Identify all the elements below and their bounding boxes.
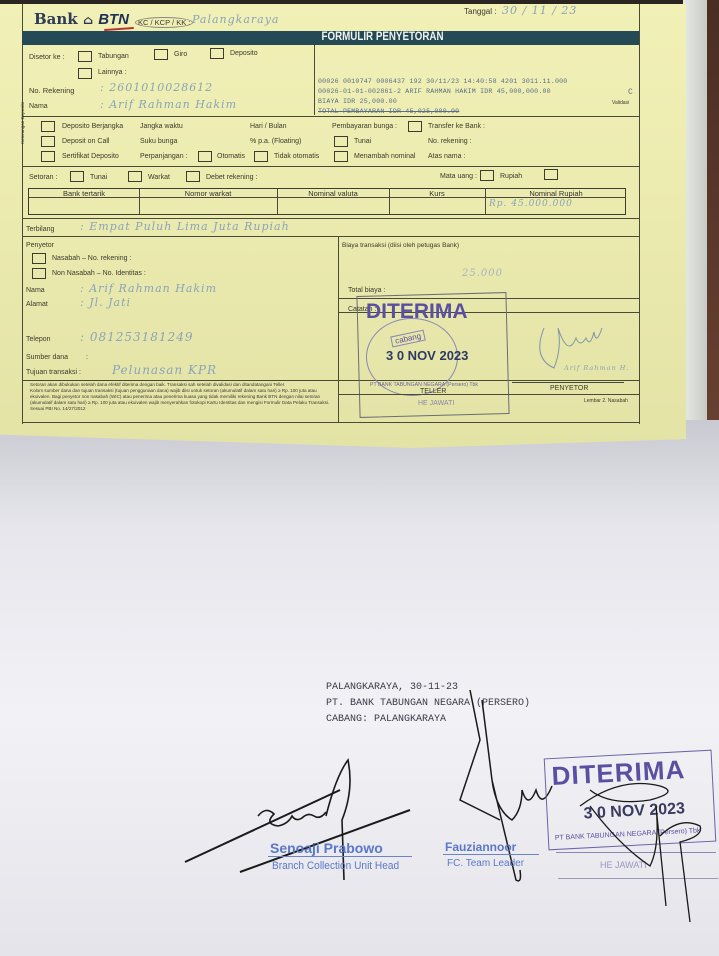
- validation-line-2: 00026-01-01-002861-2 ARIF RAHMAN HAKIM I…: [318, 88, 551, 95]
- biaya-value: 25.000: [462, 268, 503, 279]
- bunga-no-rekening-label: No. rekening :: [428, 138, 472, 145]
- validation-line-4: TOTAL PEMBAYARAN IDR 45,025,000.00: [318, 108, 459, 115]
- setoran-tunai-label: Tunai: [90, 174, 107, 181]
- bank-logo: Bank ⌂ BTN: [34, 10, 129, 28]
- logo-house-icon: ⌂: [83, 13, 93, 27]
- divider-8: [338, 394, 639, 395]
- telepon-value: : 081253181249: [80, 330, 193, 344]
- fine-print: Setoran akan dibukukan setelah dana efek…: [30, 382, 336, 412]
- logo-brand: BTN: [98, 11, 129, 28]
- checkbox-deposito-berjangka[interactable]: [41, 121, 55, 132]
- date-value: 30 / 11 / 23: [502, 4, 577, 17]
- disetor-ke-label: Disetor ke :: [29, 54, 64, 61]
- telepon-label: Telepon: [26, 336, 51, 343]
- suku-bunga-label: Suku bunga: [140, 138, 177, 145]
- deposit-on-call-label: Deposit on Call: [62, 138, 109, 145]
- checkbox-debet-rekening[interactable]: [186, 171, 200, 182]
- tujuan-value: Pelunasan KPR: [112, 363, 217, 377]
- checkbox-deposit-on-call[interactable]: [41, 136, 55, 147]
- total-biaya-label: Total biaya :: [348, 287, 385, 294]
- checkbox-transfer-bank[interactable]: [408, 121, 422, 132]
- checkbox-sertifikat-deposito[interactable]: [41, 151, 55, 162]
- signatory-2-title: FC. Team Leader: [447, 858, 524, 869]
- th-nomor-warkat: Nomor warkat: [139, 189, 277, 198]
- tujuan-label: Tujuan transaksi :: [26, 369, 81, 376]
- option-lainnya-label: Lainnya :: [98, 69, 126, 76]
- option-tabungan-label: Tabungan: [98, 53, 129, 60]
- signatory-1-name: Senoaji Prabowo: [270, 840, 383, 856]
- otomatis-label: Otomatis: [217, 153, 245, 160]
- setoran-label: Setoran :: [29, 174, 57, 181]
- cell-nominal-rupiah: Rp. 45.000.000: [489, 199, 573, 209]
- nama-value: : Arif Rahman Hakim: [100, 98, 237, 111]
- th-nominal-rupiah: Nominal Rupiah: [485, 189, 627, 198]
- checkbox-other-currency[interactable]: [544, 169, 558, 180]
- menambah-nominal-label: Menambah nominal: [354, 153, 415, 160]
- logo-prefix: Bank: [34, 10, 78, 28]
- stamp-circle-text: cabang: [390, 330, 426, 348]
- terbilang-value: : Empat Puluh Lima Juta Rupiah: [80, 220, 290, 233]
- fine-print-3: Sesuai PBI No. 14/27/2012: [30, 406, 336, 412]
- penyetor-nama-value: : Arif Rahman Hakim: [80, 282, 217, 295]
- deposit-slip: Bank ⌂ BTN KC / KCP / KK : Palangkaraya …: [0, 4, 686, 448]
- checkbox-tabungan[interactable]: [78, 51, 92, 62]
- option-deposito-label: Deposito: [230, 50, 258, 57]
- form-title: FORMULIR PENYETORAN: [322, 31, 444, 43]
- no-rekening-value: : 2601010028612: [100, 81, 213, 94]
- teller-stamp-title: DITERIMA: [366, 300, 468, 324]
- checkbox-nasabah[interactable]: [32, 253, 46, 264]
- penyetor-sign-line: [512, 382, 624, 383]
- th-kurs: Kurs: [389, 189, 485, 198]
- atas-nama-label: Atas nama :: [428, 153, 465, 160]
- setoran-warkat-label: Warkat: [148, 174, 170, 181]
- date-label: Tanggal :: [464, 7, 496, 16]
- slip-bottom-border: [22, 422, 639, 423]
- checkbox-setoran-warkat[interactable]: [128, 171, 142, 182]
- perpanjangan-label: Perpanjangan :: [140, 153, 187, 160]
- attestation-place-date: PALANGKARAYA, 30-11-23: [326, 682, 458, 693]
- divider-4: [22, 236, 639, 237]
- sertifikat-deposito-label: Sertifikat Deposito: [62, 153, 119, 160]
- tidak-otomatis-label: Tidak otomatis: [274, 153, 319, 160]
- sumber-dana-value: :: [86, 354, 88, 361]
- alamat-label: Alamat: [26, 301, 48, 308]
- lembar-label: Lembar 2. Nasabah: [584, 398, 628, 404]
- checkbox-otomatis[interactable]: [198, 151, 212, 162]
- biaya-label: Biaya transaksi (diisi oleh petugas Bank…: [342, 242, 459, 249]
- branch-value: Palangkaraya: [192, 13, 279, 26]
- penyetor-label: PENYETOR: [550, 385, 588, 392]
- checkbox-giro[interactable]: [154, 49, 168, 60]
- debet-rekening-label: Debet rekening :: [206, 174, 257, 181]
- signatory-2-name: Fauziannoor: [445, 840, 516, 854]
- checkbox-menambah-nominal[interactable]: [334, 151, 348, 162]
- floating-label: % p.a. (Floating): [250, 138, 301, 145]
- nasabah-label: Nasabah – No. rekening :: [52, 255, 131, 262]
- checkbox-setoran-tunai[interactable]: [70, 171, 84, 182]
- checkbox-rupiah[interactable]: [480, 170, 494, 181]
- divider-2: [22, 166, 639, 167]
- signatory-2-line: [443, 854, 539, 855]
- slip-left-border: [22, 4, 23, 424]
- checkbox-tidak-otomatis[interactable]: [254, 151, 268, 162]
- jangka-waktu-label: Jangka waktu: [140, 123, 183, 130]
- stamp-signature: [570, 776, 710, 896]
- transfer-bank-label: Transfer ke Bank :: [428, 123, 485, 130]
- th-nominal-valuta: Nominal valuta: [277, 189, 389, 198]
- branch-label: KC / KCP / KK :: [135, 17, 193, 28]
- validation-divider: [314, 45, 315, 115]
- paper-edge: [683, 0, 707, 470]
- hari-bulan-label: Hari / Bulan: [250, 123, 287, 130]
- checkbox-bunga-tunai[interactable]: [334, 136, 348, 147]
- penyetor-heading: Penyetor: [26, 242, 54, 249]
- checkbox-lainnya[interactable]: [78, 68, 92, 79]
- teller-name: HE JAWATI: [418, 400, 454, 407]
- fine-print-2: Kolom sumber dana dan tujuan transaksi (…: [30, 388, 336, 406]
- validation-flag: C: [628, 88, 633, 97]
- option-giro-label: Giro: [174, 51, 187, 58]
- penyetor-nama-label: Nama: [26, 287, 45, 294]
- warkat-table: Bank tertarik Nomor warkat Nominal valut…: [28, 188, 626, 215]
- attestation-branch: CABANG: PALANGKARAYA: [326, 714, 446, 725]
- terbilang-label: Terbilang: [26, 226, 54, 233]
- pembayaran-bunga-label: Pembayaran bunga :: [332, 123, 397, 130]
- signatory-1-line: [268, 856, 412, 857]
- sumber-dana-label: Sumber dana: [26, 354, 68, 361]
- th-bank-tertarik: Bank tertarik: [29, 189, 139, 198]
- validation-label: Validasi: [612, 100, 629, 106]
- mata-uang-label: Mata uang :: [440, 173, 477, 180]
- teller-stamp-date: 3 0 NOV 2023: [386, 348, 468, 363]
- signatory-1-title: Branch Collection Unit Head: [272, 860, 399, 872]
- validation-line-1: 00026 0010747 0006437 192 30/11/23 14:40…: [318, 78, 567, 85]
- validation-line-3: BIAYA IDR 25,000.00: [318, 98, 397, 105]
- no-rekening-label: No. Rekening: [29, 86, 74, 95]
- bunga-tunai-label: Tunai: [354, 138, 371, 145]
- penyetor-sign-name: Arif Rahman H.: [564, 364, 629, 372]
- checkbox-deposito[interactable]: [210, 48, 224, 59]
- non-nasabah-label: Non Nasabah – No. Identitas :: [52, 270, 146, 277]
- divider-5: [22, 380, 639, 381]
- rupiah-label: Rupiah: [500, 173, 522, 180]
- nama-label: Nama: [29, 103, 48, 110]
- attestation-sheet: PALANGKARAYA, 30-11-23 PT. BANK TABUNGAN…: [0, 420, 719, 956]
- deposito-berjangka-label: Deposito Berjangka: [62, 123, 123, 130]
- slip-right-border: [639, 4, 640, 424]
- deposito-side-label: Keterangan Deposito: [20, 102, 25, 144]
- divider-1: [22, 116, 639, 117]
- alamat-value: : Jl. Jati: [80, 296, 131, 309]
- divider-3: [22, 218, 639, 219]
- checkbox-non-nasabah[interactable]: [32, 268, 46, 279]
